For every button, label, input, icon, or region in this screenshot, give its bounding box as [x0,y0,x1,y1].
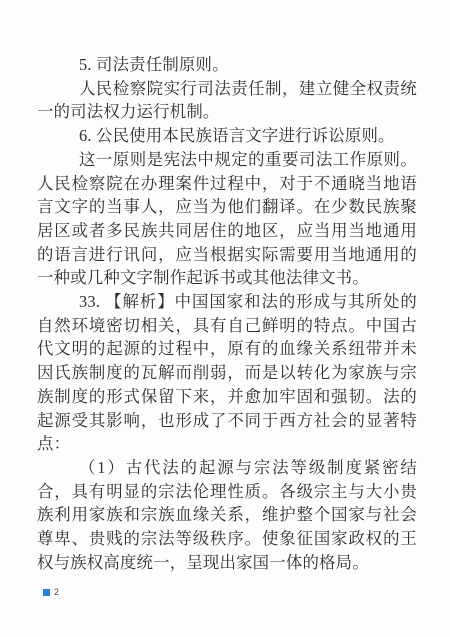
paragraph-principle-6: 6. 公民使用本民族语言文字进行诉讼原则。 [37,124,417,148]
page-marker-icon [43,589,50,596]
paragraph-answer-33-point-1: （1）古代法的起源与宗法等级制度紧密结合，具有明显的宗法伦理性质。各级宗主与大小… [37,456,417,575]
document-page: 5. 司法责任制原则。 人民检察院实行司法责任制，建立健全权责统一的司法权力运行… [0,0,450,637]
page-number: 2 [54,588,59,597]
paragraph-principle-5: 5. 司法责任制原则。 [37,53,417,77]
paragraph-principle-6-body: 这一原则是宪法中规定的重要司法工作原则。人民检察院在办理案件过程中，对于不通晓当… [37,148,417,290]
page-footer: 2 [43,588,59,597]
document-content: 5. 司法责任制原则。 人民检察院实行司法责任制，建立健全权责统一的司法权力运行… [37,53,417,574]
paragraph-principle-5-body: 人民检察院实行司法责任制，建立健全权责统一的司法权力运行机制。 [37,77,417,124]
paragraph-answer-33: 33. 【解析】中国国家和法的形成与其所处的自然环境密切相关，具有自己鲜明的特点… [37,290,417,456]
